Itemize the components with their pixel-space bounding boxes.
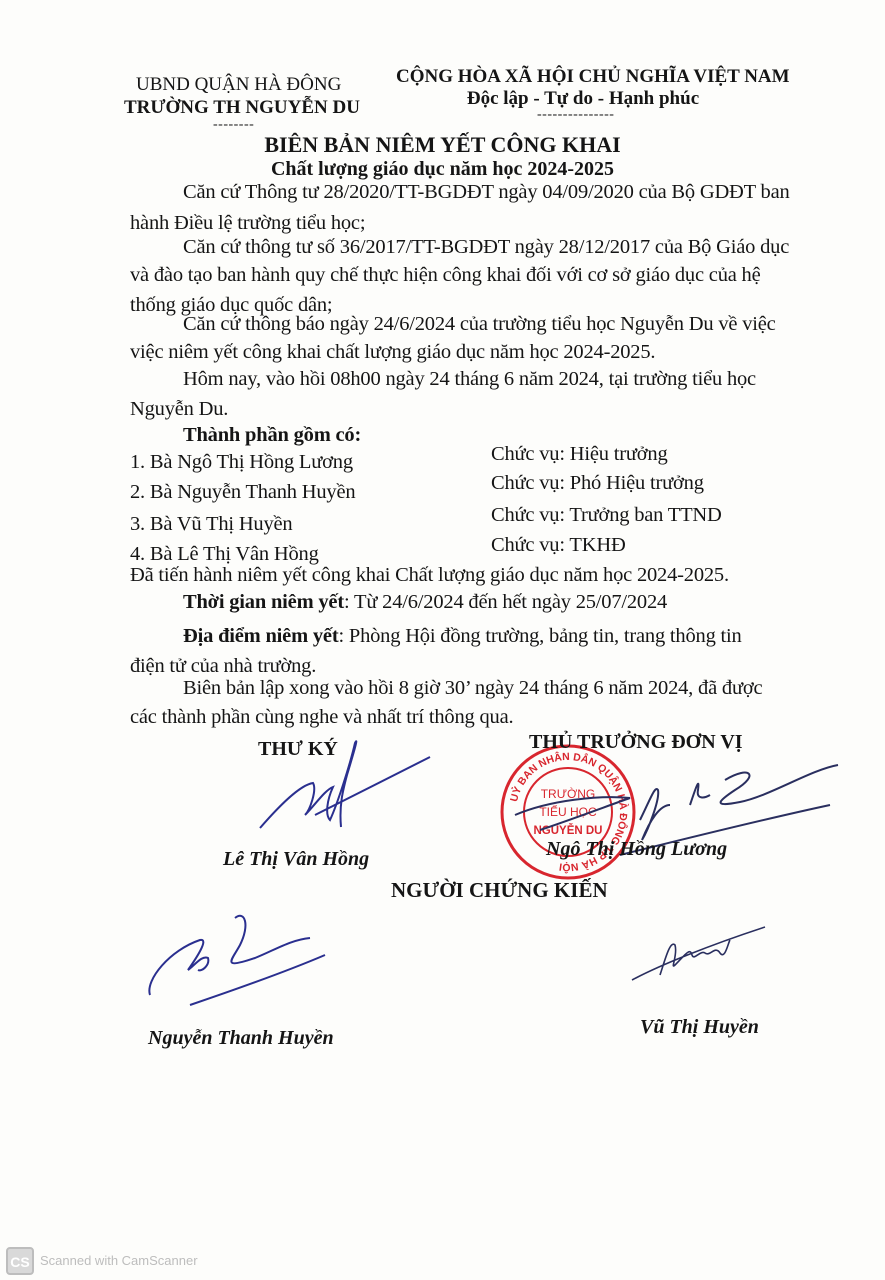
member-4-name: 4. Bà Lê Thị Vân Hồng (130, 543, 319, 566)
member-3-role: Chức vụ: Trưởng ban TTND (491, 504, 722, 527)
document-title: BIÊN BẢN NIÊM YẾT CÔNG KHAI (0, 132, 885, 158)
posting-time-value: : Từ 24/6/2024 đến hết ngày 25/07/2024 (344, 591, 667, 613)
witness2-signature (630, 925, 770, 985)
witness1-name: Nguyễn Thanh Huyền (148, 1027, 334, 1050)
header-left-line2: TRƯỜNG TH NGUYỄN DU (124, 97, 348, 119)
header-left-line1: UBND QUẬN HÀ ĐÔNG (136, 74, 336, 96)
closing-line1: Biên bản lập xong vào hồi 8 giờ 30’ ngày… (183, 677, 762, 700)
posting-time: Thời gian niêm yết: Từ 24/6/2024 đến hết… (183, 591, 667, 614)
member-2-role: Chức vụ: Phó Hiệu trưởng (491, 472, 704, 495)
members-heading: Thành phần gồm có: (183, 424, 361, 447)
secretary-name: Lê Thị Vân Hồng (223, 848, 369, 871)
member-1-name: 1. Bà Ngô Thị Hồng Lương (130, 451, 353, 474)
head-name: Ngô Thị Hồng Lương (546, 838, 727, 861)
header-right-rule: --------------- (537, 107, 614, 123)
secretary-signature (255, 735, 435, 835)
posting-place: Địa điểm niêm yết: Phòng Hội đồng trường… (183, 625, 742, 648)
posting-time-label: Thời gian niêm yết (183, 591, 344, 613)
head-title: THỦ TRƯỞNG ĐƠN VỊ (529, 731, 743, 754)
member-1-role: Chức vụ: Hiệu trưởng (491, 443, 668, 466)
legal-basis-3-line1: Căn cứ thông báo ngày 24/6/2024 của trườ… (183, 313, 776, 336)
legal-basis-1-line1: Căn cứ Thông tư 28/2020/TT-BGDĐT ngày 04… (183, 181, 790, 204)
legal-basis-1-line2: hành Điều lệ trường tiểu học; (130, 212, 365, 235)
meeting-intro-line1: Hôm nay, vào hồi 08h00 ngày 24 tháng 6 n… (183, 368, 756, 391)
header-right-line1: CỘNG HÒA XÃ HỘI CHỦ NGHĨA VIỆT NAM (396, 66, 770, 88)
member-4-role: Chức vụ: TKHĐ (491, 534, 626, 557)
witness-title: NGƯỜI CHỨNG KIẾN (391, 878, 608, 903)
header-left-rule: -------- (213, 117, 254, 133)
document-subtitle: Chất lượng giáo dục năm học 2024-2025 (0, 158, 885, 181)
member-3-name: 3. Bà Vũ Thị Huyền (130, 513, 292, 536)
witness2-name: Vũ Thị Huyền (640, 1016, 759, 1039)
closing-line2: các thành phần cùng nghe và nhất trí thô… (130, 706, 513, 729)
posting-place-line2: điện tử của nhà trường. (130, 655, 316, 678)
posting-statement: Đã tiến hành niêm yết công khai Chất lượ… (130, 564, 729, 587)
legal-basis-2-line2: và đào tạo ban hành quy chế thực hiện cô… (130, 264, 761, 287)
meeting-intro-line2: Nguyễn Du. (130, 398, 228, 421)
member-2-name: 2. Bà Nguyễn Thanh Huyền (130, 481, 355, 504)
posting-place-label: Địa điểm niêm yết (183, 625, 338, 647)
camscanner-logo-icon: CS (6, 1247, 34, 1275)
witness1-signature (140, 910, 330, 1010)
posting-place-value: : Phòng Hội đồng trường, bảng tin, trang… (338, 625, 741, 647)
camscanner-watermark: Scanned with CamScanner (40, 1253, 198, 1268)
legal-basis-2-line1: Căn cứ thông tư số 36/2017/TT-BGDĐT ngày… (183, 236, 789, 259)
legal-basis-3-line2: việc niêm yết công khai chất lượng giáo … (130, 341, 655, 364)
